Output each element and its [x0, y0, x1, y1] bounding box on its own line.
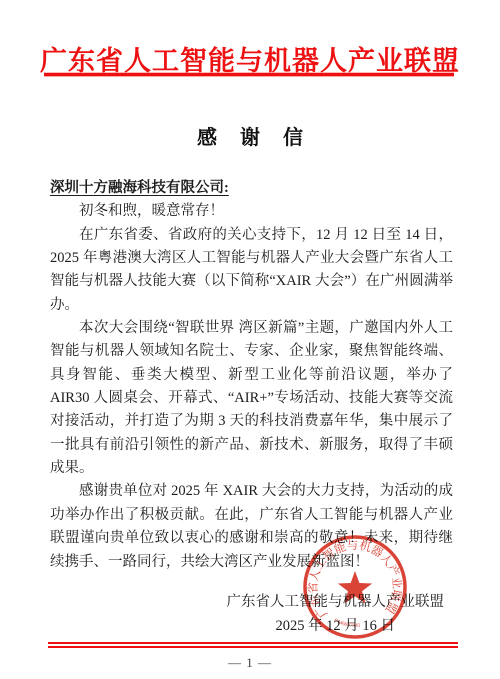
- letter-body: 深圳十方融海科技有限公司: 初冬和煦，暖意常存！ 在广东省委、省政府的关心支持下…: [50, 177, 453, 574]
- letter-paragraph: 在广东省委、省政府的关心支持下，12 月 12 日至 14 日，2025 年粤港…: [50, 224, 453, 317]
- letter-paragraph: 初冬和煦，暖意常存！: [50, 200, 453, 223]
- letter-page: 广东省人工智能与机器人产业联盟 感 谢 信 深圳十方融海科技有限公司: 初冬和煦…: [0, 0, 500, 679]
- recipient-line: 深圳十方融海科技有限公司:: [50, 177, 453, 200]
- page-number: — 1 —: [0, 655, 500, 671]
- letterhead-divider: [44, 73, 454, 76]
- seal-star-icon: [338, 571, 372, 604]
- letter-title: 感 谢 信: [0, 121, 500, 150]
- letter-paragraph: 本次大会围绕“智联世界 湾区新篇”主题，广邀国内外人工智能与机器人领域知名院士、…: [50, 317, 453, 480]
- official-seal: 广东省人工智能与机器人产业联盟 0446697841: [300, 532, 410, 642]
- footer-divider: [48, 642, 458, 648]
- seal-number-text: 0446697841: [333, 618, 361, 629]
